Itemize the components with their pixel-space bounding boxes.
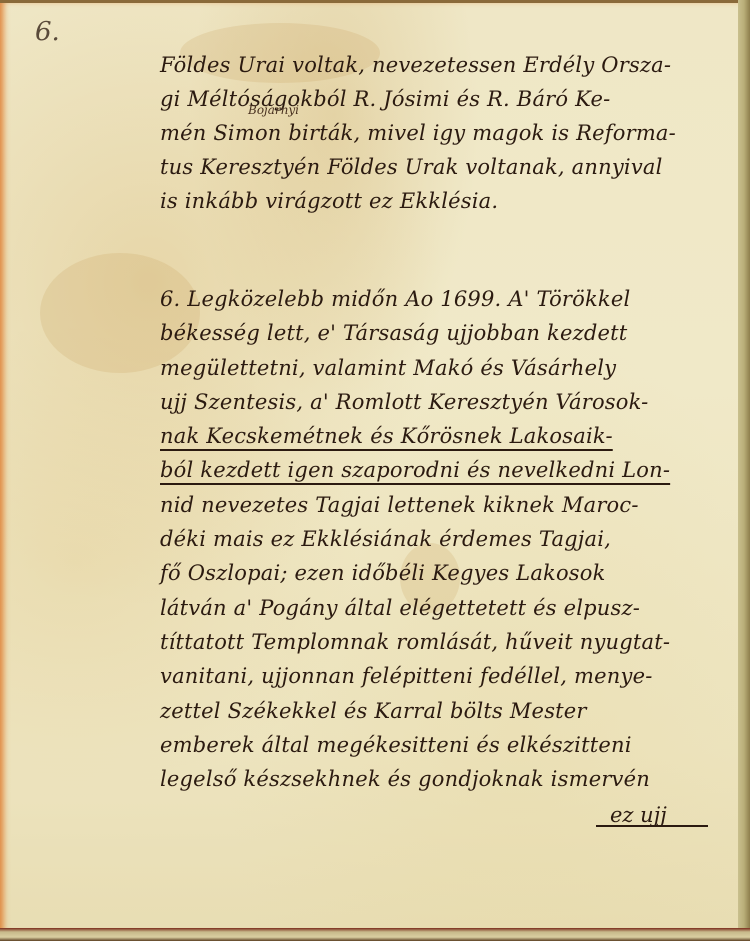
text-line: mén Simon birták, mivel igy magok is Ref…: [160, 121, 740, 155]
text-line: 6. Legközelebb midőn Ao 1699. A' Törökke…: [160, 287, 740, 321]
text-line: títtatott Templomnak romlását, hűveit ny…: [160, 630, 740, 664]
page-edge-bottom: [0, 928, 750, 941]
text-line: emberek által megékesitteni és elkészitt…: [160, 733, 740, 767]
text-line: Földes Urai voltak, nevezetessen Erdély …: [160, 53, 740, 87]
text-line: megülettetni, valamint Makó és Vásárhely: [160, 356, 740, 390]
interlinear-insert: Bojárnyi: [248, 103, 299, 117]
text-line: legelső készsekhnek és gondjoknak ismerv…: [160, 767, 740, 801]
text-line: vanitani, ujjonnan felépitteni fedéllel,…: [160, 664, 740, 698]
text-line: is inkább virágzott ez Ekklésia.: [160, 189, 740, 223]
page-number: 6.: [35, 17, 60, 47]
underlined-text-line: ból kezdett igen szaporodni és nevelkedn…: [160, 458, 740, 492]
catchword-rule: [596, 825, 708, 827]
paragraph-2: 6. Legközelebb midőn Ao 1699. A' Törökke…: [160, 287, 740, 801]
page-edge-right: [738, 0, 750, 941]
text-line: látván a' Pogány által elégettetett és e…: [160, 596, 740, 630]
paragraph-1: Földes Urai voltak, nevezetessen Erdély …: [160, 53, 740, 223]
text-line: déki mais ez Ekklésiának érdemes Tagjai,: [160, 527, 740, 561]
text-line: ujj Szentesis, a' Romlott Keresztyén Vár…: [160, 390, 740, 424]
underlined-text-line: nak Kecskemétnek és Kőrösnek Lakosaik-: [160, 424, 740, 458]
text-line: nid nevezetes Tagjai lettenek kiknek Mar…: [160, 493, 740, 527]
catchword: ez ujj: [610, 803, 667, 827]
text-line: békesség lett, e' Társaság ujjobban kezd…: [160, 321, 740, 355]
text-line: zettel Székekkel és Karral bölts Mester: [160, 699, 740, 733]
text-line: fő Oszlopai; ezen időbéli Kegyes Lakosok: [160, 561, 740, 595]
manuscript-page: 6. Földes Urai voltak, nevezetessen Erdé…: [0, 0, 742, 934]
text-line: gi Méltóságokból R. Jósimi és R. Báró Ke…: [160, 87, 740, 121]
text-line: tus Keresztyén Földes Urak voltanak, ann…: [160, 155, 740, 189]
